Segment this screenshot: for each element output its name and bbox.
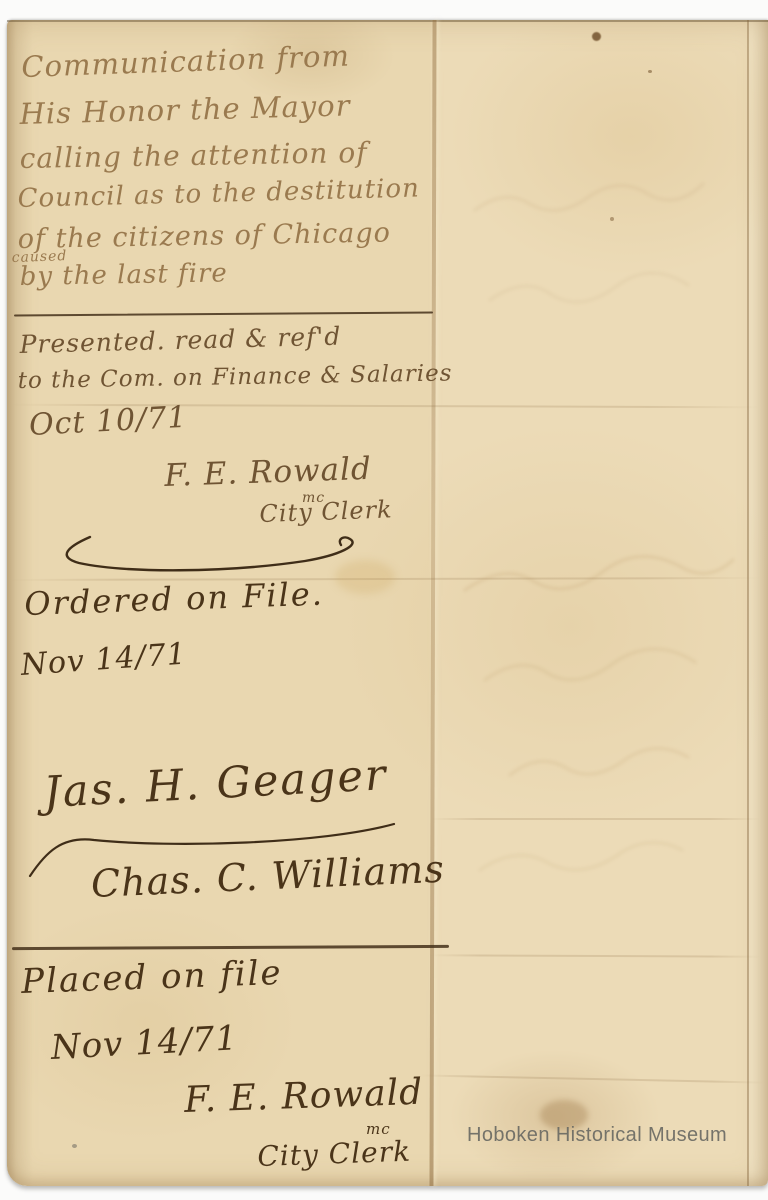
bleed-squiggle xyxy=(480,842,682,870)
clerk-signature: F. E. Rowald xyxy=(184,1072,424,1121)
museum-watermark: Hoboken Historical Museum xyxy=(467,1124,727,1147)
speck xyxy=(648,70,652,73)
heading-line: calling the attention of xyxy=(19,136,367,175)
bleed-squiggle xyxy=(475,184,703,210)
heading-line: by the last fire xyxy=(19,258,228,292)
speck xyxy=(72,1144,77,1148)
clerk-title: City Clerk xyxy=(259,495,393,528)
heading-line: of the citizens of Chicago xyxy=(17,217,391,255)
clerk-signature: F. E. Rowald xyxy=(164,451,373,494)
ink-spot xyxy=(592,32,601,41)
scanned-document: Communication from His Honor the Mayor c… xyxy=(0,0,768,1200)
clerk-title: City Clerk xyxy=(257,1135,412,1173)
bleed-squiggle xyxy=(465,556,733,590)
speck xyxy=(610,217,614,221)
bleed-squiggle xyxy=(485,649,695,680)
flourish-path xyxy=(67,537,353,570)
bleed-squiggle xyxy=(510,748,688,775)
ink-bleed-through xyxy=(455,150,745,1050)
right-fold-crease xyxy=(747,20,749,1186)
pen-flourish-swoosh xyxy=(45,533,375,583)
bleed-squiggle xyxy=(490,273,688,302)
